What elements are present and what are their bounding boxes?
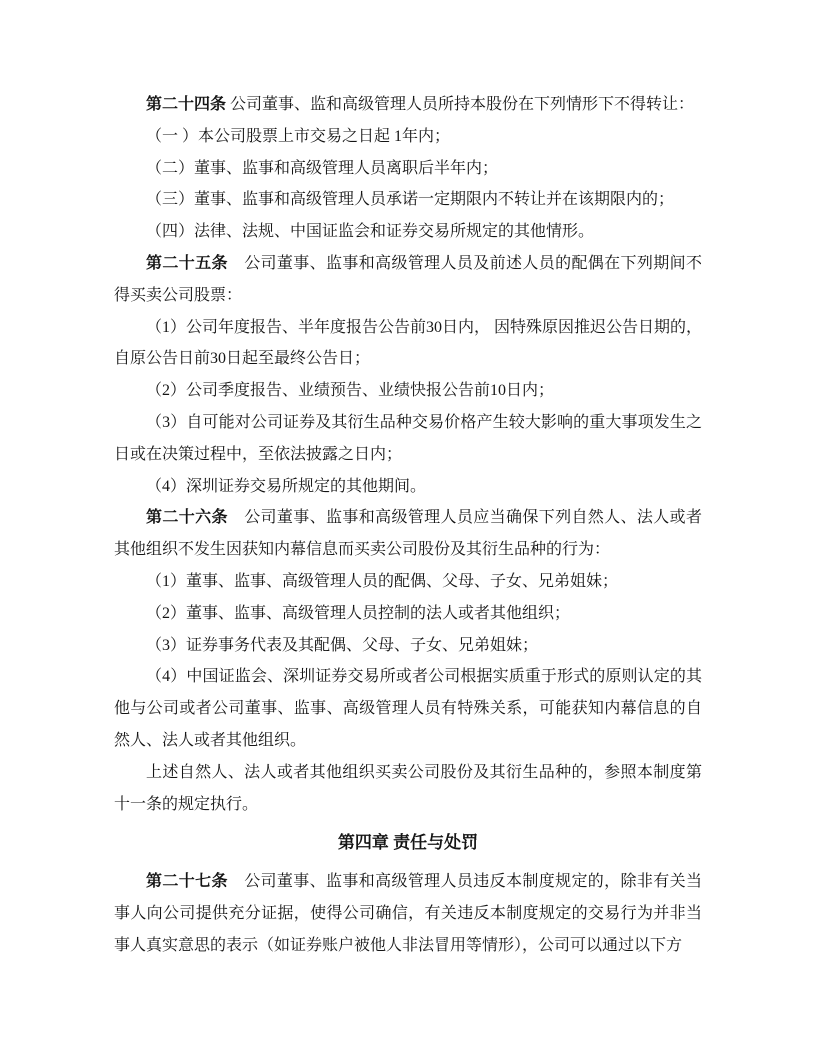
article-25-lead: 第二十五条 公司董事、监事和高级管理人员及前述人员的配偶在下列期间不得买卖公司股… [114,248,702,312]
article-25-item-4: （4）深圳证券交易所规定的其他期间。 [114,471,702,503]
article-26-closing: 上述自然人、法人或者其他组织买卖公司股份及其衍生品种的，参照本制度第十一条的规定… [114,757,702,821]
article-24-item-1: （一 ）本公司股票上市交易之日起 1年内； [114,121,702,153]
article-24-lead: 第二十四条 公司董事、监和高级管理人员所持本股份在下列情形下不得转让： [114,89,702,121]
article-24-item-4: （四）法律、法规、中国证监会和证券交易所规定的其他情形。 [114,216,702,248]
article-26-item-2: （2）董事、监事、高级管理人员控制的法人或者其他组织； [114,598,702,630]
article-24-number: 第二十四条 [146,96,226,113]
article-27-lead: 第二十七条 公司董事、监事和高级管理人员违反本制度规定的，除非有关当事人向公司提… [114,866,702,961]
article-26-item-3: （3）证券事务代表及其配偶、父母、子女、兄弟姐妹； [114,630,702,662]
article-24-item-2: （二）董事、监事和高级管理人员离职后半年内； [114,153,702,185]
article-25-item-2: （2）公司季度报告、业绩预告、业绩快报公告前10日内； [114,375,702,407]
article-26-item-4: （4）中国证监会、深圳证券交易所或者公司根据实质重于形式的原则认定的其他与公司或… [114,661,702,756]
article-25-number: 第二十五条 [146,255,228,272]
article-26-number: 第二十六条 [146,509,228,526]
article-25-item-3: （3）自可能对公司证券及其衍生品种交易价格产生较大影响的重大事项发生之日或在决策… [114,407,702,471]
article-25-item-1: （1）公司年度报告、半年度报告公告前30日内， 因特殊原因推迟公告日期的，自原公… [114,312,702,376]
article-24-item-3: （三）董事、监事和高级管理人员承诺一定期限内不转让并在该期限内的； [114,184,702,216]
article-26-item-1: （1）董事、监事、高级管理人员的配偶、父母、子女、兄弟姐妹； [114,566,702,598]
chapter-heading: 第四章 责任与处罚 [114,827,702,859]
article-27-number: 第二十七条 [146,873,228,890]
article-24-text: 公司董事、监和高级管理人员所持本股份在下列情形下不得转让： [226,96,694,113]
document-page: 第二十四条 公司董事、监和高级管理人员所持本股份在下列情形下不得转让： （一 ）… [0,0,816,1056]
article-26-lead: 第二十六条 公司董事、监事和高级管理人员应当确保下列自然人、法人或者其他组织不发… [114,502,702,566]
